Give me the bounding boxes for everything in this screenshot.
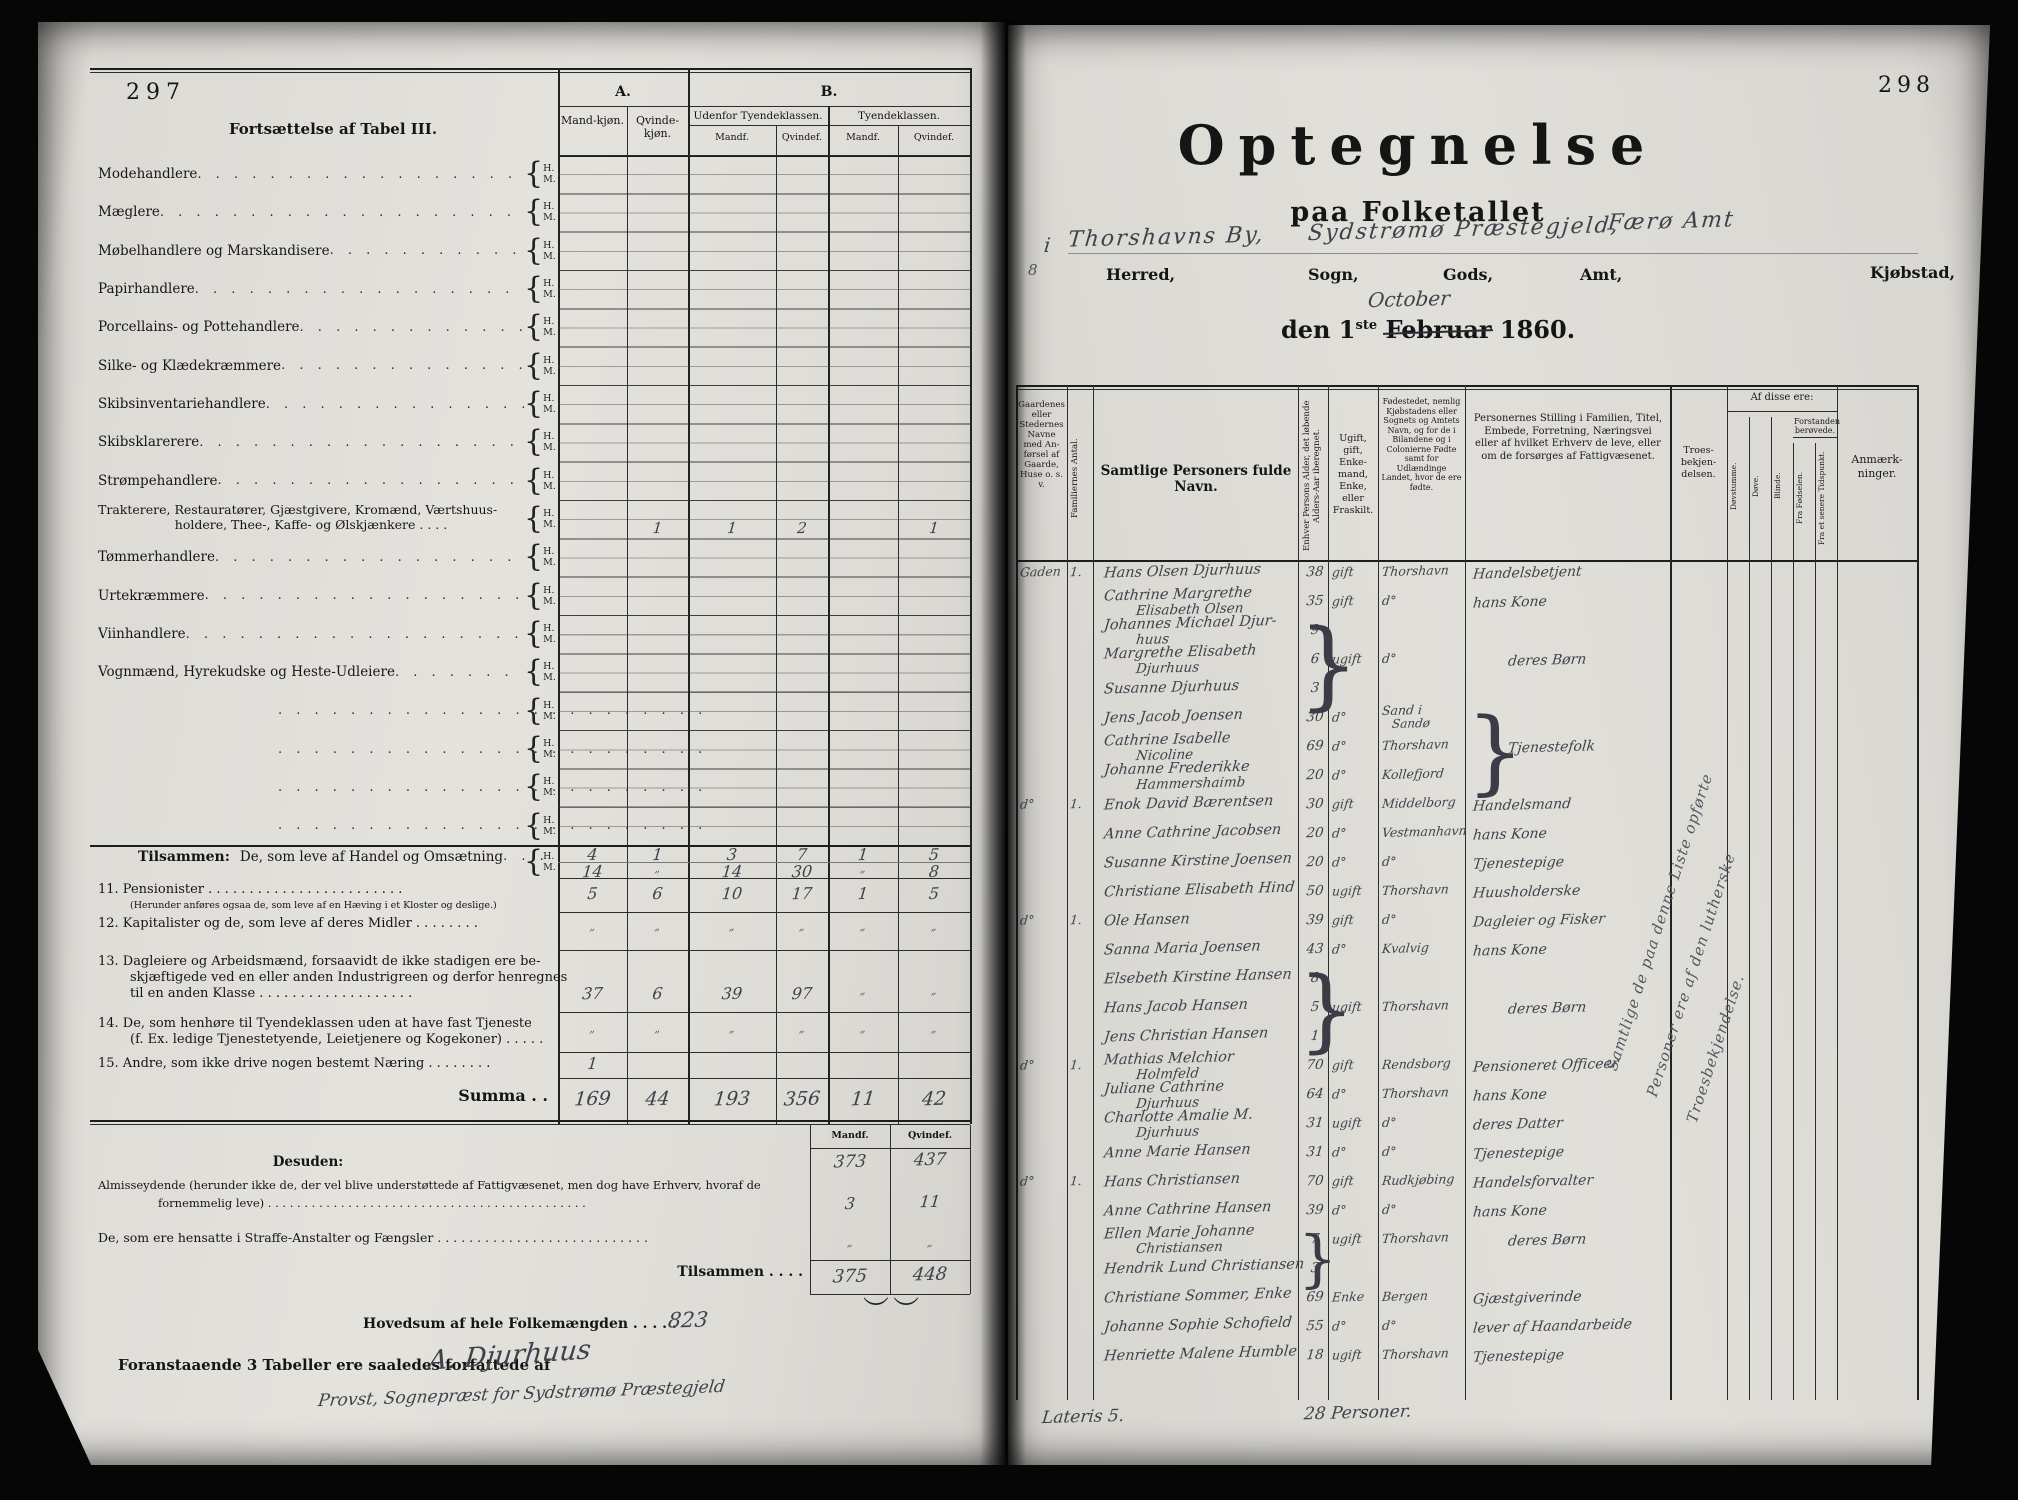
header-blinde: Blinde. — [1773, 420, 1791, 552]
brace-icon: { — [524, 389, 543, 419]
h-m-brace: {H.M. — [524, 538, 556, 576]
age-value: 20 — [1303, 767, 1327, 784]
section-value: 97 — [775, 983, 829, 1003]
desuden-col2: Qvindef. — [890, 1130, 970, 1141]
page-gutter — [980, 20, 1026, 1466]
occupation-row: Papirhandlere. . . . . . . . . . . . . .… — [98, 270, 524, 308]
label-sogn: Sogn, — [1308, 265, 1359, 284]
section-value: „ — [897, 1021, 970, 1036]
h-m-brace: {H.M. — [524, 232, 556, 270]
marital-status: ugift — [1331, 1346, 1376, 1362]
h-m-brace: {H.M. — [524, 500, 556, 538]
rule — [90, 68, 970, 70]
position-in-family: deres Børn — [1507, 648, 1703, 669]
occupation-row: . . . . . . . . . . . . . . . . . . . . … — [98, 692, 704, 730]
house-entry: d° — [1019, 1056, 1066, 1072]
signature-name: A. Djurhuus — [427, 1334, 593, 1377]
birthplace: d° — [1381, 1113, 1462, 1130]
age-value: 39 — [1303, 912, 1327, 929]
table-column-line — [1067, 385, 1068, 1400]
label-herred: Herred, — [1106, 265, 1175, 284]
age-value: 35 — [1303, 593, 1327, 610]
occupation-label-2: holdere, Thee-, Kaffe- og Ølskjænkere . … — [98, 517, 524, 532]
position-in-family: Tjenestepige — [1472, 1141, 1668, 1162]
section-label: 14. De, som henhøre til Tyendeklassen ud… — [98, 1016, 532, 1031]
section-value: „ — [897, 983, 970, 998]
position-in-family: Gjæstgiverinde — [1472, 1286, 1668, 1307]
age-value: 30 — [1303, 796, 1327, 813]
occupation-label: Mæglere — [98, 204, 160, 220]
person-name: Hans Olsen Djurhuus — [1103, 560, 1294, 581]
struck-month: Februar — [1385, 315, 1491, 344]
hovedsum-value: 823 — [667, 1307, 709, 1332]
person-name: Hans Christiansen — [1103, 1169, 1294, 1190]
summa-label: Summa . . — [368, 1086, 548, 1105]
header-fodested: Fødestedet, nemlig Kjøbstadens eller Sog… — [1380, 397, 1463, 492]
age-value: 50 — [1303, 883, 1327, 900]
occupation-label: Skibsinventariehandlere — [98, 396, 266, 412]
person-name: Enok David Bærentsen — [1103, 792, 1294, 813]
position-in-family: Dagleier og Fisker — [1472, 909, 1668, 930]
house-entry: Gaden — [1019, 563, 1066, 579]
h-m-brace: {H.M. — [524, 308, 556, 346]
position-in-family: Handelsbetjent — [1472, 561, 1668, 582]
section-value: 10 — [687, 883, 777, 904]
h-m-brace: {H.M. — [524, 423, 556, 461]
table-column-line — [1837, 385, 1838, 1400]
section-value: „ — [626, 1021, 688, 1036]
section-label: skjæftigede ved en eller anden Industrig… — [130, 970, 567, 985]
occupation-label: Silke- og Klædekræmmere — [98, 358, 281, 374]
header-dove: Døve. — [1751, 420, 1769, 552]
occupation-row: Trakterere, Restauratører, Gjæstgivere, … — [98, 494, 524, 532]
header-troes: Troes-bekjen-delsen. — [1672, 445, 1725, 481]
page-title: Optegnelse — [1138, 113, 1698, 177]
col-tyende-header: Tyendeklassen. — [828, 110, 970, 122]
marital-status: Enke — [1331, 1288, 1376, 1304]
birthplace: Thorshavn — [1381, 1345, 1462, 1362]
birthplace: d° — [1381, 1316, 1462, 1333]
birthplace: d° — [1381, 852, 1462, 869]
col-mandf-header: Mandf. — [688, 132, 776, 143]
brace-icon: { — [524, 504, 543, 534]
family-count: 1. — [1069, 1173, 1092, 1189]
marital-status: d° — [1331, 1317, 1376, 1333]
tally-value: 2 — [775, 518, 829, 537]
position-in-family: Tjenestepige — [1472, 1344, 1668, 1365]
person-name: Anne Cathrine Hansen — [1103, 1198, 1294, 1219]
house-entry: d° — [1019, 1172, 1066, 1188]
occupation-label: Tømmerhandlere — [98, 549, 215, 565]
birthplace: Rendsborg — [1381, 1055, 1462, 1072]
house-entry: d° — [1019, 795, 1066, 811]
position-in-family: Handelsforvalter — [1472, 1170, 1668, 1191]
hovedsum-label: Hovedsum af hele Folkemængden . . . . . — [363, 1316, 677, 1332]
occupation-label: Modehandlere — [98, 166, 197, 182]
birthplace: Middelborg — [1381, 794, 1462, 811]
section-label: 15. Andre, som ikke drive nogen bestemt … — [98, 1056, 490, 1071]
tally-value: 1 — [626, 518, 689, 538]
brace-icon: { — [524, 274, 543, 304]
section-value: 5 — [897, 883, 971, 904]
header-senere: Fra et senere Tidspunkt. — [1817, 443, 1835, 553]
h-m-brace: {H.M. — [524, 730, 556, 768]
occupation-label: Urtekræmmere — [98, 588, 205, 604]
birthplace-line2: Sandø — [1391, 715, 1462, 731]
table-column-line — [1378, 385, 1379, 1400]
desuden-tilsammen-label: Tilsammen . . . . — [603, 1264, 803, 1280]
section-value: „ — [827, 919, 898, 934]
brace-icon: { — [524, 542, 543, 572]
dotted-leader: . . . . . . . . . . . . . . . . . . . . … — [278, 703, 704, 718]
family-count: 1. — [1069, 1057, 1092, 1073]
table-column-line — [1917, 385, 1919, 1400]
section-value: 39 — [687, 983, 777, 1004]
header-forstanden: Forstanden berøvede. — [1794, 417, 1836, 435]
birthplace: Thorshavn — [1381, 997, 1462, 1014]
hw-town: Thorshavns By, — [1067, 222, 1266, 252]
right-page-number: 298 — [1878, 73, 1935, 98]
birthplace: Thorshavn — [1381, 1229, 1462, 1246]
occupation-row: Porcellains- og Pottehandlere. . . . . .… — [98, 308, 524, 346]
dotted-leader: . . . . . . . . . . . . . . . . . . . . … — [215, 550, 524, 565]
age-value: 31 — [1303, 1144, 1327, 1161]
age-value: 31 — [1303, 1115, 1327, 1132]
age-value: 20 — [1303, 854, 1327, 871]
h-m-brace: {H.M. — [524, 385, 556, 423]
brace-icon: { — [524, 847, 543, 877]
person-name: Ole Hansen — [1103, 908, 1294, 929]
desuden-col1: Mandf. — [810, 1130, 890, 1141]
occupation-row: Urtekræmmere. . . . . . . . . . . . . . … — [98, 577, 524, 615]
table-column-line — [1465, 385, 1466, 1400]
col-mand-header: Mand-kjøn. — [558, 114, 627, 127]
section-value: „ — [687, 1021, 776, 1036]
dotted-leader: . . . . . . . . . . . . . . . . . . . . … — [186, 627, 524, 642]
header-status: Ugift, gift, Enke-mand, Enke, eller Fras… — [1330, 433, 1376, 517]
marital-status: ugift — [1331, 882, 1376, 898]
tally-value: 1 — [687, 518, 777, 538]
marital-status: d° — [1331, 1143, 1376, 1159]
summa-value: 356 — [775, 1087, 829, 1110]
section-note: (Herunder anføres ogsaa de, som leve af … — [130, 900, 497, 911]
age-value: 55 — [1303, 1318, 1327, 1335]
section-value: „ — [626, 919, 688, 934]
brace-icon: } — [1298, 621, 1359, 709]
person-name: Christiane Elisabeth Hind — [1103, 879, 1294, 900]
marital-status: gift — [1331, 795, 1376, 811]
brace-icon: { — [524, 236, 543, 266]
tilsammen-m-value: „ — [626, 861, 688, 876]
h-m-brace: {H.M. — [524, 768, 556, 806]
occupation-row: Skibsklarerere. . . . . . . . . . . . . … — [98, 423, 524, 461]
marital-status: gift — [1331, 911, 1376, 927]
birthplace: Bergen — [1381, 1287, 1462, 1304]
table-column-line — [1727, 385, 1728, 1400]
occupation-row: Skibsinventariehandlere. . . . . . . . .… — [98, 385, 524, 423]
marital-status: d° — [1331, 824, 1376, 840]
label-kjobstad: Kjøbstad, — [1870, 263, 1955, 282]
age-value: 39 — [1303, 1202, 1327, 1219]
dotted-leader: . . . . . . . . . . . . . . . . . . . . … — [199, 435, 524, 450]
marital-status: d° — [1331, 853, 1376, 869]
table-column-line — [1093, 385, 1094, 1400]
marital-status: d° — [1331, 737, 1376, 753]
dotted-leader: . . . . . . . . . . . . . . . . . . . . … — [195, 282, 524, 297]
carry-qvinde: 437 — [889, 1149, 971, 1171]
h-m-brace: {H.M. — [524, 577, 556, 615]
position-in-family: Pensioneret Officeer — [1472, 1054, 1668, 1075]
dotted-leader: . . . . . . . . . . . . . . . . . . . . … — [197, 167, 524, 182]
summa-value: 193 — [687, 1087, 777, 1111]
age-value: 70 — [1303, 1173, 1327, 1190]
h-m-brace: {H.M. — [524, 692, 556, 730]
birthplace: Thorshavn — [1381, 1084, 1462, 1101]
marital-status: d° — [1331, 1085, 1376, 1101]
position-in-family: deres Datter — [1472, 1112, 1668, 1133]
almisse-mand: 3 — [809, 1193, 891, 1214]
position-in-family: hans Kone — [1472, 590, 1668, 611]
position-in-family: hans Kone — [1472, 822, 1668, 843]
straffe-qvinde: „ — [889, 1235, 970, 1250]
occupation-label: Vognmænd, Hyrekudske og Heste-Udleiere — [98, 664, 395, 680]
marital-status: ugift — [1331, 1230, 1376, 1246]
birthplace: Kvalvig — [1381, 939, 1462, 956]
section-value: 6 — [626, 883, 689, 904]
birthplace: d° — [1381, 591, 1462, 608]
label-gods: Gods, — [1443, 265, 1493, 284]
person-name: Anne Cathrine Jacobsen — [1103, 821, 1294, 842]
stray-mark: 8 — [1028, 261, 1038, 279]
occupation-label: Trakterere, Restauratører, Gjæstgivere, … — [98, 502, 524, 517]
person-name-line2: Djurhuus — [1135, 1121, 1296, 1141]
left-page: 297 Fortsættelse af Tabel III. A. B. Man… — [38, 22, 1005, 1465]
brace-icon: { — [524, 581, 543, 611]
birthplace: Kollefjord — [1381, 765, 1462, 782]
carry-mand: 373 — [809, 1151, 891, 1173]
summa-value: 42 — [897, 1087, 971, 1111]
person-name: Susanne Djurhuus — [1103, 676, 1294, 697]
position-in-family: hans Kone — [1472, 1199, 1668, 1220]
bottom-lateris: Lateris 5. — [1041, 1406, 1125, 1428]
occupation-label: Møbelhandlere og Marskandisere — [98, 243, 330, 259]
birthplace: Rudkjøbing — [1381, 1171, 1462, 1188]
section-label: 11. Pensionister . . . . . . . . . . . .… — [98, 882, 402, 897]
rule — [90, 72, 970, 73]
dotted-leader: . . . . . . . . . . . . . . . . . . . . … — [218, 473, 524, 488]
bottom-persons: 28 Personer. — [1303, 1402, 1412, 1425]
position-in-family: lever af Haandarbeide — [1472, 1315, 1668, 1336]
almisse-line2: fornemmelig leve) . . . . . . . . . . . … — [158, 1196, 803, 1210]
dotted-leader: . . . . . . . . . . . . . . . . . . . . … — [278, 818, 704, 833]
section-label: (f. Ex. ledige Tjenestetyende, Leietjene… — [130, 1032, 543, 1047]
section-value: „ — [827, 983, 898, 998]
brace-icon: { — [524, 197, 543, 227]
header-antal: Familiernes Antal. — [1070, 403, 1090, 553]
birthplace: Thorshavn — [1381, 881, 1462, 898]
section-value: „ — [897, 919, 970, 934]
occupation-row: . . . . . . . . . . . . . . . . . . . . … — [98, 768, 704, 806]
occupation-row: . . . . . . . . . . . . . . . . . . . . … — [98, 807, 704, 845]
marital-status: d° — [1331, 766, 1376, 782]
person-name-line2: Djurhuus — [1135, 657, 1296, 677]
birthplace: d° — [1381, 910, 1462, 927]
brace-icon: } — [1298, 1231, 1337, 1287]
marital-status: gift — [1331, 1172, 1376, 1188]
position-in-family: hans Kone — [1472, 1083, 1668, 1104]
birthplace: Vestmanhavn — [1381, 823, 1462, 840]
brace-icon: { — [524, 466, 543, 496]
col-qvindef-header: Qvindef. — [898, 132, 970, 143]
occupation-label: Papirhandlere — [98, 281, 195, 297]
section-value: 1 — [827, 883, 899, 904]
almisse-qvinde: 11 — [889, 1191, 971, 1212]
occupation-row: Mæglere. . . . . . . . . . . . . . . . .… — [98, 193, 524, 231]
brace-icon: { — [524, 734, 543, 764]
tilsammen-m-value: „ — [827, 861, 898, 876]
section-value: 1 — [557, 1053, 628, 1074]
h-m-brace: {H.M. — [524, 155, 556, 193]
person-name-line2: Christiansen — [1135, 1237, 1296, 1257]
person-name: Henriette Malene Humble — [1103, 1343, 1294, 1364]
signature-title: Provst, Sognepræst for Sydstrømø Præsteg… — [317, 1377, 726, 1411]
brace-icon: { — [524, 619, 543, 649]
brace-icon: } — [1298, 969, 1355, 1053]
left-table-title: Fortsættelse af Tabel III. — [168, 120, 498, 138]
summa-value: 11 — [827, 1087, 899, 1111]
hw-month: October — [1367, 286, 1451, 312]
col-qvinde-header: Qvinde-kjøn. — [627, 114, 688, 140]
person-name: Johanne Sophie Schofield — [1103, 1314, 1294, 1335]
birthplace: Thorshavn — [1381, 562, 1462, 579]
age-value: 69 — [1303, 738, 1327, 755]
birthplace: d° — [1381, 1200, 1462, 1217]
section-value: 37 — [557, 983, 628, 1004]
person-name: Jens Jacob Joensen — [1103, 705, 1294, 726]
occupation-row: Tømmerhandlere. . . . . . . . . . . . . … — [98, 538, 524, 576]
h-m-brace: {H.M. — [524, 270, 556, 308]
marital-status: d° — [1331, 940, 1376, 956]
hw-county: Færø Amt — [1607, 207, 1736, 235]
hw-i: i — [1043, 233, 1052, 257]
occupation-row: Møbelhandlere og Marskandisere. . . . . … — [98, 232, 524, 270]
age-value: 64 — [1303, 1086, 1327, 1103]
birthplace: d° — [1381, 649, 1462, 666]
occupation-row: Vognmænd, Hyrekudske og Heste-Udleiere. … — [98, 653, 524, 691]
h-m-brace: {H.M. — [524, 462, 556, 500]
person-name: Hans Jacob Hansen — [1103, 995, 1294, 1016]
section-value: „ — [775, 1021, 828, 1035]
family-count: 1. — [1069, 912, 1092, 928]
straffe-line: De, som ere hensatte i Straffe-Anstalter… — [98, 1230, 803, 1245]
brace-icon: { — [524, 312, 543, 342]
desuden-tils-qvinde: 448 — [889, 1263, 971, 1286]
brace-icon: { — [524, 772, 543, 802]
age-value: 38 — [1303, 564, 1327, 581]
table-column-line — [1793, 443, 1794, 1400]
header-navn: Samtlige Personers fulde Navn. — [1098, 463, 1294, 495]
section-value: 5 — [557, 883, 628, 904]
occupation-row: Modehandlere. . . . . . . . . . . . . . … — [98, 155, 524, 193]
h-m-brace: {H.M. — [524, 807, 556, 845]
group-b-header: B. — [688, 84, 970, 100]
h-m-brace: {H.M. — [524, 653, 556, 691]
marital-status: gift — [1331, 563, 1376, 579]
header-stilling: Personernes Stilling i Familien, Titel, … — [1473, 413, 1663, 463]
section-label: 12. Kapitalister og de, som leve af dere… — [98, 916, 478, 931]
position-in-family: deres Børn — [1507, 1228, 1703, 1249]
dotted-leader: . . . . . . . . . . . . . . . . . . . . … — [278, 780, 704, 795]
h-m-brace: {H.M. — [524, 615, 556, 653]
brace-icon: } — [1466, 709, 1525, 795]
person-name: Christiane Sommer, Enke — [1103, 1285, 1294, 1306]
dotted-leader: . . . . . . . . . . . . . . . . . . . . … — [330, 243, 524, 258]
section-value: „ — [775, 919, 828, 933]
section-value: 6 — [626, 983, 689, 1004]
header-dovstumme: Døvstumme. — [1729, 420, 1747, 552]
person-name: Jens Christian Hansen — [1103, 1024, 1294, 1045]
section-value: „ — [687, 919, 776, 934]
dotted-leader: . . . . . . . . . . . . . . . . . . . . … — [160, 205, 524, 220]
almisse-line1: Almisseydende (herunder ikke de, der vel… — [98, 1178, 803, 1192]
header-disse: Af disse ere: — [1727, 393, 1837, 403]
group-a-header: A. — [558, 84, 688, 100]
house-entry: d° — [1019, 911, 1066, 927]
section-label: 13. Dagleiere og Arbeidsmænd, forsaavidt… — [98, 954, 540, 969]
header-fodselen: Fra Fødselen. — [1795, 443, 1813, 553]
dotted-leader: . . . . . . . . . . . . . . . . . . . . … — [278, 742, 704, 757]
straffe-mand: „ — [809, 1235, 890, 1250]
position-in-family: Tjenestefolk — [1507, 735, 1703, 756]
dotted-leader: . . . . . . . . . . . . . . . . . . . . … — [266, 397, 524, 412]
right-page: 298 Optegnelse paa Folketallet i Thorsha… — [1008, 25, 1990, 1465]
age-value: 43 — [1303, 941, 1327, 958]
dotted-leader: . . . . . . . . . . . . . . . . . . . . … — [205, 588, 524, 603]
tally-value: 1 — [897, 518, 971, 538]
left-page-number: 297 — [126, 80, 186, 105]
tilsammen-label: De, som leve af Handel og Omsætning — [240, 849, 503, 865]
person-name: Susanne Kirstine Joensen — [1103, 850, 1294, 871]
age-value: 20 — [1303, 825, 1327, 842]
brace-icon: { — [524, 159, 543, 189]
header-alder: Enhver Persons Alder, det løbende Alders… — [1302, 397, 1326, 555]
section-label: til en anden Klasse . . . . . . . . . . … — [130, 986, 412, 1001]
table-column-line — [1749, 417, 1750, 1400]
section-value: 17 — [775, 883, 829, 903]
section-value: „ — [557, 919, 627, 934]
brace-icon: { — [524, 427, 543, 457]
section-value: „ — [557, 1021, 627, 1036]
occupation-row: . . . . . . . . . . . . . . . . . . . . … — [98, 730, 704, 768]
dotted-leader: . . . . . . . . . . . . . . . . . . . . … — [281, 358, 524, 373]
position-in-family: Huusholderske — [1472, 880, 1668, 901]
date-line: den 1ste Februar 1860. — [1258, 315, 1598, 344]
person-name: Hendrik Lund Christiansen — [1103, 1256, 1294, 1277]
brace-icon: { — [524, 811, 543, 841]
position-in-family: Tjenestepige — [1472, 851, 1668, 872]
section-value: „ — [827, 1021, 898, 1036]
marital-status: ugift — [1331, 1114, 1376, 1130]
census-scan: 297 Fortsættelse af Tabel III. A. B. Man… — [0, 0, 2018, 1500]
age-value: 18 — [1303, 1347, 1327, 1364]
table-column-line — [1771, 417, 1772, 1400]
marital-status: d° — [1331, 1201, 1376, 1217]
person-name: Sanna Maria Joensen — [1103, 937, 1294, 958]
dotted-leader: . . . . . . . . . . . . . . . . . . . . … — [300, 320, 524, 335]
occupation-row: Silke- og Klædekræmmere. . . . . . . . .… — [98, 347, 524, 385]
occupation-label: Viinhandlere — [98, 626, 186, 642]
desuden-heading: Desuden: — [228, 1154, 388, 1170]
